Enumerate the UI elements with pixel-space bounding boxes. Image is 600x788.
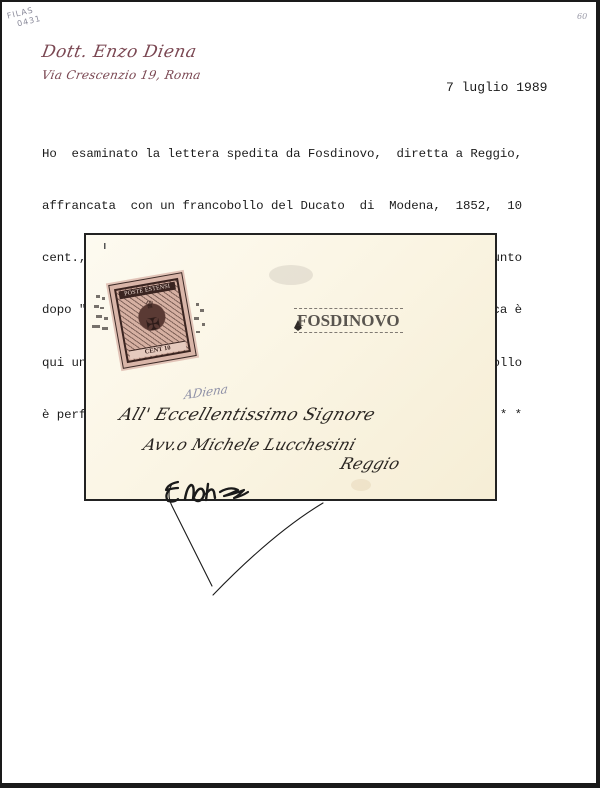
- body-line: Ho esaminato la lettera spedita da Fosdi…: [42, 146, 562, 163]
- fosdinovo-postmark: FOSDINOVO: [294, 308, 403, 333]
- letterhead: Dott. Enzo Diena Via Crescenzio 19, Roma: [42, 42, 201, 82]
- page-number: 60: [577, 12, 587, 21]
- stamp-design: POSTE ESTENSI ♛ ✠ CENT 10: [114, 278, 191, 363]
- eagle-icon: ✠: [145, 313, 162, 337]
- body-line: affrancata con un francobollo del Ducato…: [42, 198, 562, 215]
- cover-marks: [86, 235, 495, 499]
- certificate-date: 7 luglio 1989: [446, 80, 547, 95]
- address-line: Avv.o Michele Lucchesini: [141, 435, 359, 454]
- stamp-bottom-inscription: CENT 10: [129, 341, 187, 360]
- crown-icon: ♛: [145, 298, 155, 312]
- letterhead-name: Dott. Enzo Diena: [40, 42, 202, 62]
- address-line: All' Eccellentissimo Signore: [117, 405, 378, 425]
- address-line: Reggio: [338, 454, 403, 473]
- cover-photo: POSTE ESTENSI ♛ ✠ CENT 10 FOSDINOVO ADie…: [84, 233, 497, 501]
- certificate-page: FILAS 0431 60 Dott. Enzo Diena Via Cresc…: [2, 2, 596, 783]
- archive-note: FILAS 0431: [6, 4, 42, 31]
- modena-stamp: POSTE ESTENSI ♛ ✠ CENT 10: [108, 272, 197, 369]
- letterhead-address: Via Crescenzio 19, Roma: [41, 68, 202, 82]
